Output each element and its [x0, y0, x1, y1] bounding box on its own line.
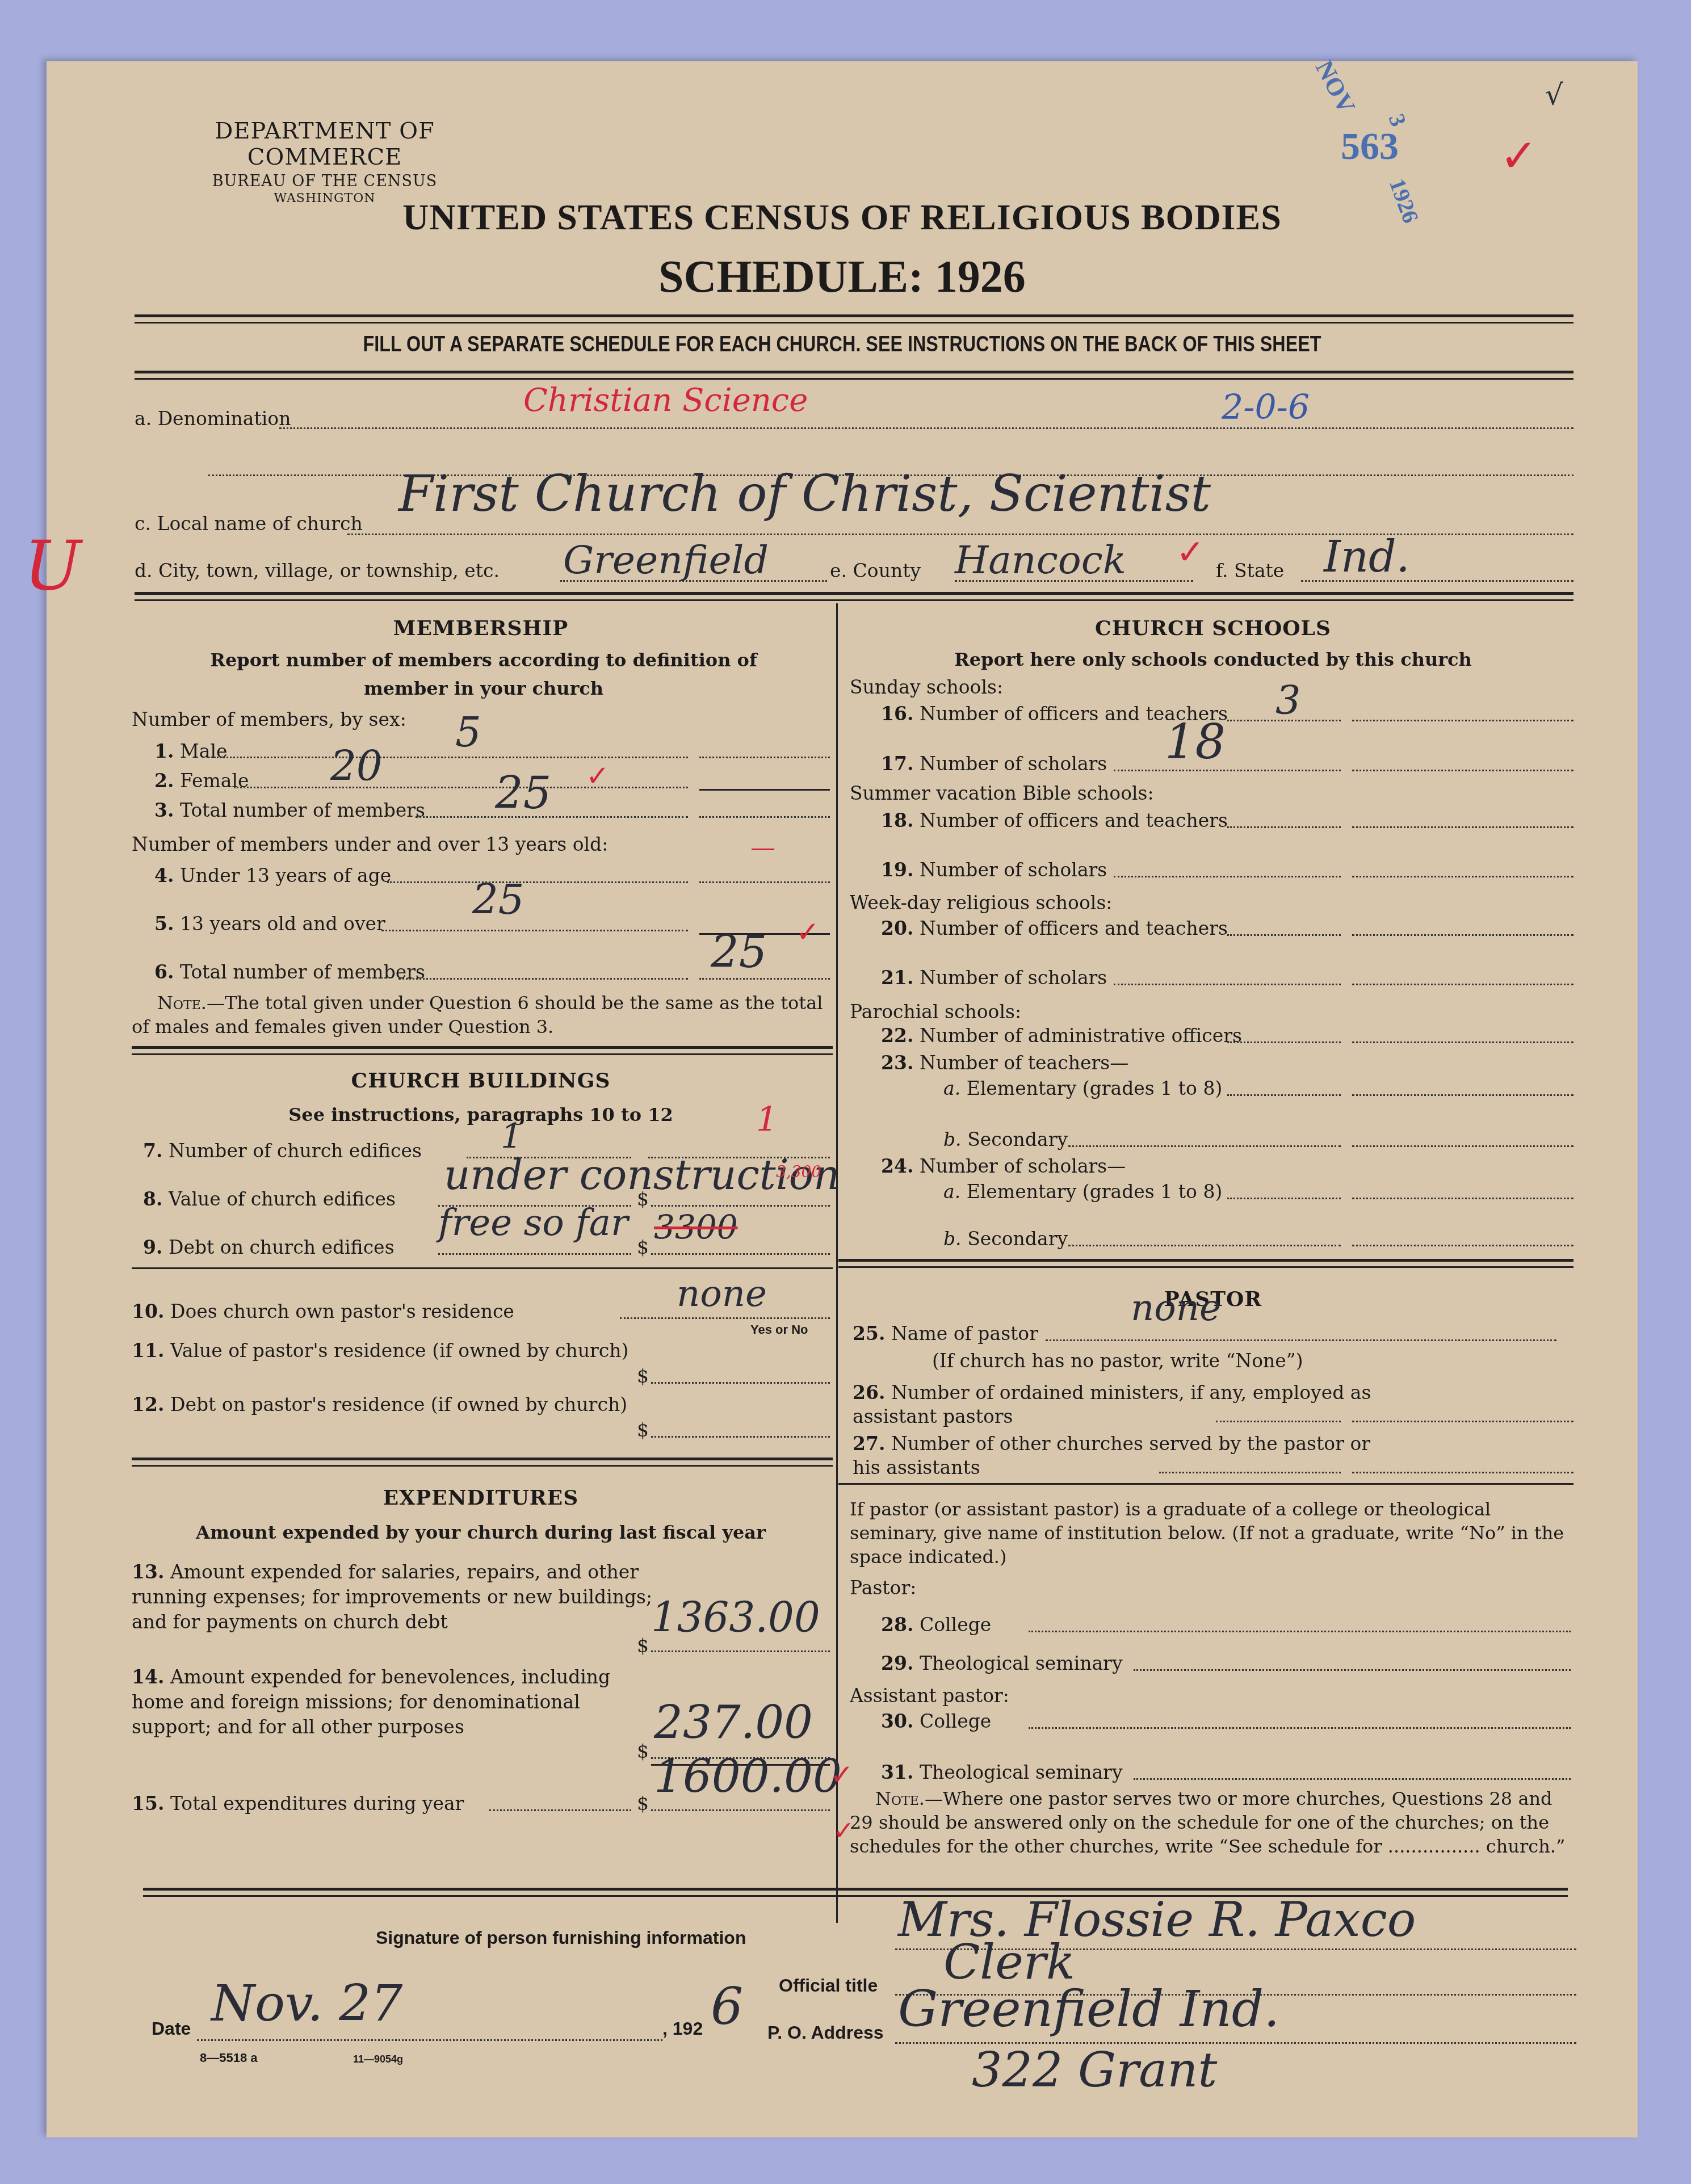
- q31-line[interactable]: [1134, 1778, 1571, 1780]
- q15-line: [489, 1809, 631, 1811]
- q24b-label: b. Secondary: [943, 1228, 1068, 1250]
- q18-review-line: [1352, 826, 1573, 828]
- q23b-line[interactable]: [1068, 1145, 1341, 1147]
- membership-rule: [132, 1046, 833, 1049]
- department-name: DEPARTMENT OF COMMERCE: [143, 118, 506, 170]
- state-label: f. State: [1216, 560, 1284, 582]
- q10-label: 10. Does church own pastor's residence: [132, 1300, 514, 1322]
- q14-label: 14. Amount expended for benevolences, in…: [132, 1665, 654, 1740]
- q3-review-line: [699, 816, 830, 818]
- form-code-2: 11—9054g: [353, 2053, 403, 2065]
- q4-line: [387, 881, 688, 883]
- q9-amount-line: [651, 1253, 830, 1255]
- weekday-schools-label: Week-day religious schools:: [850, 892, 1112, 914]
- q2-line: [234, 787, 688, 788]
- q17-line: [1114, 770, 1341, 771]
- q12-dollar: $: [637, 1419, 649, 1441]
- q23a-line[interactable]: [1227, 1094, 1341, 1096]
- instructions-banner: FILL OUT A SEPARATE SCHEDULE FOR EACH CH…: [166, 333, 1518, 357]
- margin-mark: U: [24, 527, 81, 606]
- q9-value[interactable]: free so far: [438, 1202, 628, 1244]
- q16-review-line: [1352, 720, 1573, 721]
- schools-heading: CHURCH SCHOOLS: [853, 616, 1573, 640]
- q28-label: 28. College: [881, 1614, 991, 1636]
- q2-label: 2. Female: [154, 770, 249, 792]
- q21-line[interactable]: [1114, 984, 1341, 985]
- q27-review-line: [1352, 1472, 1573, 1473]
- q3-label: 3. Total number of members: [154, 799, 425, 821]
- q4-review-mark: —: [750, 833, 775, 862]
- q6-label: 6. Total number of members: [154, 961, 425, 983]
- schedule-title: SCHEDULE: 1926: [47, 251, 1638, 303]
- q10-value[interactable]: none: [677, 1273, 767, 1315]
- census-schedule-form: DEPARTMENT OF COMMERCE BUREAU OF THE CEN…: [47, 61, 1638, 2137]
- buildings-rule: [132, 1458, 833, 1460]
- q22-line[interactable]: [1227, 1041, 1341, 1043]
- q18-label: 18. Number of officers and teachers: [881, 809, 1228, 831]
- q15-amount-line: [651, 1809, 830, 1811]
- q30-label: 30. College: [881, 1710, 991, 1732]
- q20-line[interactable]: [1227, 934, 1341, 936]
- membership-heading: MEMBERSHIP: [135, 616, 827, 640]
- date-label: Date: [152, 2018, 191, 2039]
- department-header: DEPARTMENT OF COMMERCE BUREAU OF THE CEN…: [143, 118, 506, 205]
- local-name-label: c. Local name of church: [135, 513, 363, 535]
- q28-line[interactable]: [1029, 1631, 1571, 1632]
- date-value[interactable]: Nov. 27: [211, 1974, 402, 2032]
- q20-review-line: [1352, 934, 1573, 936]
- q10-line: [620, 1317, 830, 1319]
- q24a-label: a. Elementary (grades 1 to 8): [943, 1181, 1222, 1203]
- q6-check-icon: ✓: [796, 915, 820, 948]
- q22-review-line: [1352, 1041, 1573, 1043]
- q22-label: 22. Number of administrative officers: [881, 1024, 1242, 1047]
- membership-note: Note.—The total given under Question 6 s…: [132, 991, 830, 1039]
- schools-subheading: Report here only schools conducted by th…: [853, 649, 1573, 670]
- q9-struck-value: 3300: [654, 1208, 738, 1246]
- q24a-review-line: [1352, 1198, 1573, 1199]
- q1-line: [217, 757, 688, 758]
- q30-line[interactable]: [1029, 1727, 1571, 1729]
- q5-label: 5. 13 years old and over: [154, 913, 385, 935]
- pastor-edu-label: Pastor:: [850, 1577, 916, 1599]
- q6-line: [398, 978, 688, 980]
- county-check-icon: ✓: [1176, 532, 1205, 572]
- q3-check-icon: ✓: [586, 759, 610, 792]
- q7-label: 7. Number of church edifices: [143, 1140, 422, 1162]
- q12-label: 12. Debt on pastor's residence (if owned…: [132, 1392, 643, 1417]
- title-label: Official title: [779, 1975, 878, 1996]
- q24b-line[interactable]: [1068, 1245, 1341, 1246]
- q24b-review-line: [1352, 1245, 1573, 1246]
- q25-line: [1046, 1339, 1556, 1341]
- year-prefix: , 192: [662, 2018, 703, 2039]
- q25-label: 25. Name of pastor: [853, 1322, 1038, 1345]
- q7-review-mark: 1: [756, 1100, 778, 1140]
- pastor-note: Note.—Where one pastor serves two or mor…: [850, 1787, 1571, 1858]
- q19-review-line: [1352, 876, 1573, 877]
- q1-value[interactable]: 5: [455, 708, 481, 756]
- bureau-name: BUREAU OF THE CENSUS: [143, 173, 506, 190]
- q4-review-line: [699, 881, 830, 883]
- q23b-label: b. Secondary: [943, 1128, 1068, 1150]
- denomination-value[interactable]: Christian Science: [523, 382, 808, 419]
- q25-hint: (If church has no pastor, write “None”): [932, 1350, 1303, 1372]
- q1-label: 1. Male: [154, 740, 228, 762]
- q11-amount-line[interactable]: [651, 1382, 830, 1384]
- buildings-subheading: See instructions, paragraphs 10 to 12: [135, 1104, 827, 1125]
- buildings-inner-rule: [132, 1267, 833, 1269]
- q13-value[interactable]: 1363.00: [651, 1594, 820, 1641]
- q9-line: [438, 1253, 631, 1255]
- red-check-icon: ✓: [1500, 129, 1538, 182]
- q16-value[interactable]: 3: [1275, 677, 1301, 724]
- q23a-label: a. Elementary (grades 1 to 8): [943, 1077, 1222, 1099]
- address-value[interactable]: Greenfield Ind.: [898, 1980, 1279, 2038]
- q13-amount-line: [651, 1650, 830, 1652]
- q9-label: 9. Debt on church edifices: [143, 1236, 395, 1258]
- q26-review-line: [1352, 1421, 1573, 1422]
- q8-amount-line: [651, 1205, 830, 1207]
- membership-subheading: Report number of members according to de…: [177, 646, 790, 703]
- corner-mark: √: [1545, 78, 1563, 111]
- q15-label: 15. Total expenditures during year: [132, 1792, 464, 1815]
- q17-value[interactable]: 18: [1165, 714, 1226, 770]
- q1-review-line: [699, 757, 830, 758]
- city-label: d. City, town, village, or township, etc…: [135, 560, 500, 582]
- address-label: P. O. Address: [767, 2022, 884, 2043]
- q21-label: 21. Number of scholars: [881, 967, 1107, 989]
- q19-label: 19. Number of scholars: [881, 859, 1107, 881]
- by-sex-label: Number of members, by sex:: [132, 708, 406, 730]
- q10-hint: Yes or No: [750, 1322, 808, 1337]
- footer-rule: [143, 1888, 1568, 1891]
- stamp-month: NOV: [1310, 56, 1361, 118]
- education-intro: If pastor (or assistant pastor) is a gra…: [850, 1497, 1571, 1569]
- q4-label: 4. Under 13 years of age: [154, 864, 391, 887]
- summer-schools-label: Summer vacation Bible schools:: [850, 782, 1154, 804]
- note-check-icon: ✓: [833, 1815, 855, 1846]
- instructions-rule: [135, 371, 1573, 373]
- county-label: e. County: [830, 560, 921, 582]
- q24-label: 24. Number of scholars—: [881, 1155, 1126, 1177]
- parochial-schools-label: Parochial schools:: [850, 1001, 1021, 1023]
- denomination-label: a. Denomination: [135, 408, 291, 430]
- q23-label: 23. Number of teachers—: [881, 1052, 1128, 1074]
- expenditures-subheading: Amount expended by your church during la…: [135, 1522, 827, 1543]
- column-divider: [836, 603, 838, 1923]
- identification-rule: [135, 592, 1573, 595]
- q25-value[interactable]: none: [1131, 1287, 1221, 1329]
- q12-amount-line[interactable]: [651, 1436, 830, 1438]
- form-title: UNITED STATES CENSUS OF RELIGIOUS BODIES: [47, 196, 1638, 238]
- form-code-1: 8—5518 a: [200, 2051, 258, 2065]
- q8-label: 8. Value of church edifices: [143, 1188, 396, 1210]
- q2-value[interactable]: 20: [330, 742, 383, 790]
- q15-dollar: $: [637, 1792, 649, 1815]
- date-line: [197, 2039, 662, 2041]
- q14-dollar: $: [637, 1740, 649, 1762]
- year-suffix[interactable]: 6: [711, 1977, 743, 2036]
- q17-label: 17. Number of scholars: [881, 753, 1107, 775]
- state-value[interactable]: Ind.: [1324, 531, 1410, 582]
- q27-line[interactable]: [1159, 1472, 1341, 1473]
- assistant-edu-label: Assistant pastor:: [850, 1685, 1009, 1707]
- q6-review-line: [699, 978, 830, 980]
- q11-label: 11. Value of pastor's residence (if owne…: [132, 1338, 643, 1363]
- expenditures-heading: EXPENDITURES: [135, 1486, 827, 1510]
- q18-line[interactable]: [1227, 826, 1341, 828]
- q26-line[interactable]: [1216, 1421, 1341, 1422]
- address-line-2[interactable]: 322 Grant: [972, 2042, 1217, 2098]
- sunday-schools-label: Sunday schools:: [850, 676, 1003, 698]
- q8-review-mark: 3,300: [776, 1162, 821, 1181]
- q17-review-line: [1352, 770, 1573, 771]
- stamp-number: 563: [1341, 124, 1399, 169]
- q23b-review-line: [1352, 1145, 1573, 1147]
- local-name-value[interactable]: First Church of Christ, Scientist: [398, 464, 1211, 523]
- q3-value[interactable]: 25: [495, 768, 551, 819]
- q31-label: 31. Theological seminary: [881, 1761, 1123, 1783]
- q5-line: [381, 930, 688, 931]
- schools-rule: [838, 1259, 1573, 1262]
- city-value[interactable]: Greenfield: [563, 538, 769, 583]
- q20-label: 20. Number of officers and teachers: [881, 917, 1228, 939]
- q11-dollar: $: [637, 1365, 649, 1387]
- q19-line[interactable]: [1114, 876, 1341, 877]
- q21-review-line: [1352, 984, 1573, 985]
- denomination-field-line: [279, 427, 1573, 429]
- q23a-review-line: [1352, 1094, 1573, 1096]
- pastor-inner-rule: [838, 1483, 1573, 1485]
- denomination-code: 2-0-6: [1222, 388, 1310, 427]
- q13-label: 13. Amount expended for salaries, repair…: [132, 1560, 654, 1635]
- county-value[interactable]: Hancock: [955, 538, 1126, 583]
- q3-line: [416, 816, 688, 818]
- q2-review-rule: [699, 789, 830, 791]
- signature-label: Signature of person furnishing informati…: [376, 1927, 746, 1948]
- q14-value[interactable]: 237.00: [654, 1696, 813, 1749]
- age-label: Number of members under and over 13 year…: [132, 833, 608, 855]
- q29-line[interactable]: [1134, 1669, 1571, 1671]
- buildings-heading: CHURCH BUILDINGS: [135, 1069, 827, 1093]
- q13-dollar: $: [637, 1635, 649, 1657]
- q6-value[interactable]: 25: [711, 927, 767, 978]
- q5-value[interactable]: 25: [472, 876, 524, 923]
- header-rule: [135, 314, 1573, 317]
- q15-value[interactable]: 1600.00: [654, 1750, 842, 1803]
- q9-dollar: $: [637, 1236, 649, 1258]
- q29-label: 29. Theological seminary: [881, 1652, 1123, 1674]
- q24a-line[interactable]: [1227, 1198, 1341, 1199]
